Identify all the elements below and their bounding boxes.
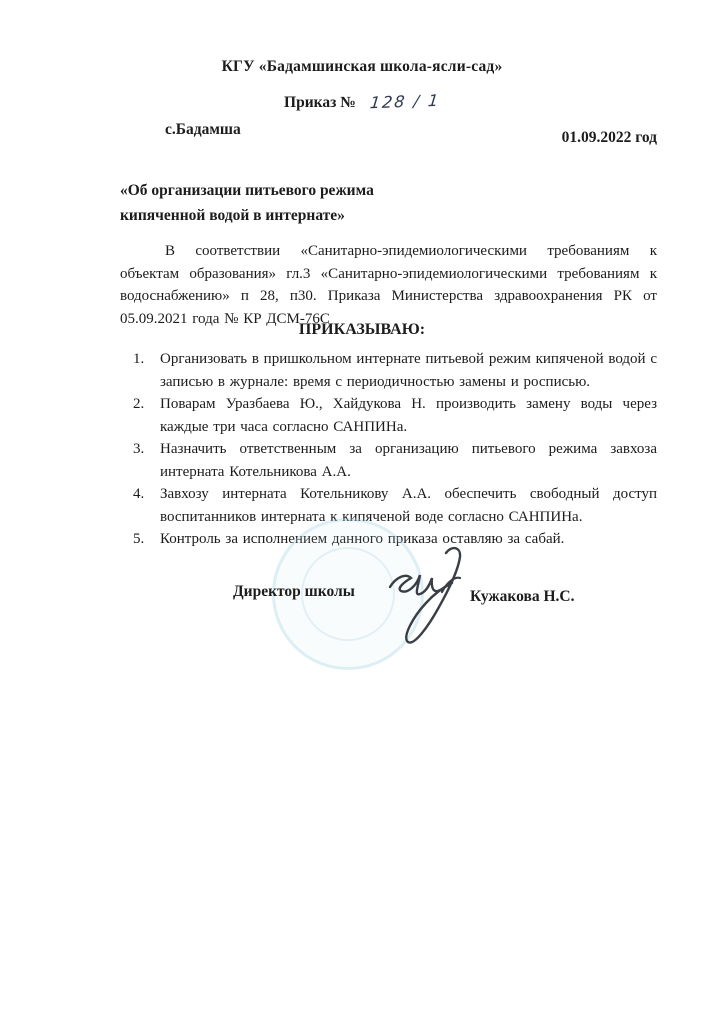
- list-item: 2. Поварам Уразбаева Ю., Хайдукова Н. пр…: [133, 393, 657, 438]
- organization-name: КГУ «Бадамшинская школа-ясли-сад»: [0, 58, 724, 76]
- signatory-name: Кужакова Н.С.: [470, 588, 574, 606]
- scanned-order-document: КГУ «Бадамшинская школа-ясли-сад» Приказ…: [0, 0, 724, 1024]
- order-number-line: Приказ № 128 / 1: [0, 92, 724, 112]
- order-label: Приказ №: [284, 94, 356, 111]
- item-number: 3.: [133, 438, 160, 461]
- item-number: 2.: [133, 393, 160, 416]
- order-date: 01.09.2022 год: [562, 129, 657, 147]
- preamble-paragraph: В соответствии «Санитарно-эпидемиологиче…: [120, 240, 657, 330]
- order-number-handwritten: 128 / 1: [369, 91, 441, 113]
- directive-heading: ПРИКАЗЫВАЮ:: [0, 321, 724, 339]
- item-number: 4.: [133, 483, 160, 506]
- place-date-row: с.Бадамша 01.09.2022 год: [120, 121, 657, 139]
- handwritten-signature-icon: [386, 543, 468, 661]
- order-subject: «Об организации питьевого режима кипячен…: [120, 178, 560, 228]
- item-number: 5.: [133, 528, 160, 551]
- item-text: Назначить ответственным за организацию п…: [160, 438, 657, 483]
- item-text: Завхозу интерната Котельникову А.А. обес…: [160, 483, 657, 528]
- item-text: Организовать в пришкольном интернате пит…: [160, 348, 657, 393]
- list-item: 3. Назначить ответственным за организаци…: [133, 438, 657, 483]
- list-item: 1. Организовать в пришкольном интернате …: [133, 348, 657, 393]
- signatory-title: Директор школы: [233, 583, 355, 601]
- subject-line-2: кипяченной водой в интернате»: [120, 203, 560, 228]
- item-text: Поварам Уразбаева Ю., Хайдукова Н. произ…: [160, 393, 657, 438]
- item-number: 1.: [133, 348, 160, 371]
- directive-list: 1. Организовать в пришкольном интернате …: [133, 348, 657, 551]
- place-name: с.Бадамша: [120, 121, 241, 139]
- subject-line-1: «Об организации питьевого режима: [120, 178, 560, 203]
- list-item: 4. Завхозу интерната Котельникову А.А. о…: [133, 483, 657, 528]
